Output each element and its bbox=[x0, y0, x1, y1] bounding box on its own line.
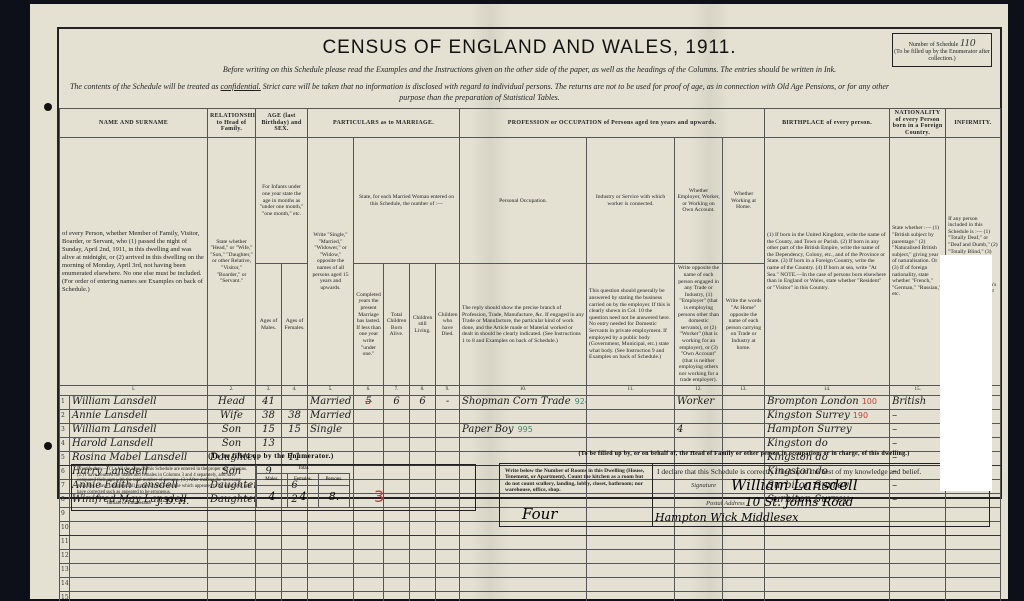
redacted-block bbox=[940, 255, 992, 491]
cell-n: 10 bbox=[60, 521, 70, 535]
col-name-desc: of every Person, whether Member of Famil… bbox=[60, 138, 208, 386]
cell-nat: – bbox=[890, 409, 946, 423]
col-age-females: Ages of Females. bbox=[282, 264, 308, 386]
cell-male bbox=[256, 563, 282, 577]
table-row: 4Harold LansdellSon13Kingston do– bbox=[60, 437, 1001, 451]
column-number-row: 1. 2. 3. 4. 5. 6. 7. 8. 9. 10. 11. 12. 1… bbox=[60, 386, 1001, 396]
col-personal-occupation: Personal Occupation. bbox=[460, 138, 587, 264]
cell-n: 12 bbox=[60, 549, 70, 563]
cell-nat bbox=[890, 549, 946, 563]
col-industry: Industry or Service with which worker is… bbox=[587, 138, 675, 264]
cell-birth bbox=[765, 549, 890, 563]
cell-marr bbox=[308, 437, 354, 451]
col-marriage-state: State, for each Married Woman entered on… bbox=[354, 138, 460, 264]
table-row: 2Annie LansdellWife3838Married 15Kingsto… bbox=[60, 409, 1001, 423]
enumerator-initials: Initials of EnumeratorJ. D. H. bbox=[107, 497, 189, 507]
cell-living bbox=[410, 423, 436, 437]
cell-home bbox=[723, 549, 765, 563]
confidentiality-notice: The contents of the Schedule will be tre… bbox=[69, 81, 890, 103]
cell-ind bbox=[587, 423, 675, 437]
cell-female bbox=[282, 563, 308, 577]
cell-n: 15 bbox=[60, 591, 70, 601]
cell-female bbox=[282, 535, 308, 549]
birthplace-code: 100 bbox=[862, 397, 877, 406]
cell-ind bbox=[587, 549, 675, 563]
cell-ind bbox=[587, 577, 675, 591]
col-age-title: AGE (last Birthday) and SEX. bbox=[256, 109, 308, 138]
header-row-1: NAME AND SURNAME RELATIONSHIP to Head of… bbox=[60, 109, 1001, 138]
form-title: CENSUS OF ENGLAND AND WALES, 1911. bbox=[59, 37, 1000, 59]
cell-birth bbox=[765, 563, 890, 577]
col-age-males: Ages of Males. bbox=[256, 264, 282, 386]
table-row: 15 bbox=[60, 591, 1001, 601]
cell-total bbox=[384, 437, 410, 451]
postal-address-line1: 10 St. Johns Road bbox=[745, 495, 853, 509]
cell-home bbox=[723, 563, 765, 577]
cell-name bbox=[70, 591, 208, 601]
col-employer-desc: Write opposite the name of each person e… bbox=[675, 264, 723, 386]
cell-total: 6 bbox=[384, 395, 410, 409]
punch-hole bbox=[44, 103, 52, 111]
cell-name bbox=[70, 577, 208, 591]
cell-home bbox=[723, 423, 765, 437]
birthplace-code: 190 bbox=[853, 411, 868, 420]
col-personal-occupation-desc: The reply should show the precise branch… bbox=[460, 264, 587, 386]
cell-emp bbox=[675, 409, 723, 423]
cell-died bbox=[436, 563, 460, 577]
signature: William Lansdell bbox=[731, 476, 858, 494]
cell-emp bbox=[675, 535, 723, 549]
cell-male: 15 bbox=[256, 423, 282, 437]
cell-home bbox=[723, 395, 765, 409]
cell-total bbox=[384, 591, 410, 601]
cell-total bbox=[384, 549, 410, 563]
cell-name bbox=[70, 521, 208, 535]
census-table: NAME AND SURNAME RELATIONSHIP to Head of… bbox=[59, 108, 1001, 601]
schedule-number-box: Number of Schedule 110 (To be filled up … bbox=[892, 33, 992, 67]
cell-years bbox=[354, 423, 384, 437]
cell-male: 41 bbox=[256, 395, 282, 409]
cell-birth: Kingston do bbox=[765, 437, 890, 451]
cell-occ bbox=[460, 591, 587, 601]
cell-birth: Kingston Surrey190 bbox=[765, 409, 890, 423]
cell-marr bbox=[308, 521, 354, 535]
cell-years bbox=[354, 549, 384, 563]
cell-name bbox=[70, 535, 208, 549]
cell-living: 6 bbox=[410, 395, 436, 409]
cell-n: 14 bbox=[60, 577, 70, 591]
cell-inf bbox=[946, 563, 1001, 577]
cell-died bbox=[436, 423, 460, 437]
col-birthplace-desc: (1) If born in the United Kingdom, write… bbox=[765, 138, 890, 386]
cell-n: 4 bbox=[60, 437, 70, 451]
cell-total bbox=[384, 409, 410, 423]
postal-address-line2: Hampton Wick Middlesex bbox=[655, 511, 798, 524]
cell-rel bbox=[208, 591, 256, 601]
cell-years bbox=[354, 591, 384, 601]
cell-occ bbox=[460, 577, 587, 591]
cell-male bbox=[256, 549, 282, 563]
cell-died bbox=[436, 577, 460, 591]
col-infirmity-title: INFIRMITY. bbox=[946, 109, 1001, 138]
cell-marr bbox=[308, 535, 354, 549]
total-females: 4 bbox=[288, 486, 319, 508]
cell-n: 11 bbox=[60, 535, 70, 549]
cell-male bbox=[256, 535, 282, 549]
cell-occ: Shopman Corn Trade924 bbox=[460, 395, 587, 409]
cell-inf bbox=[946, 549, 1001, 563]
cell-total bbox=[384, 521, 410, 535]
cell-years: 5 bbox=[354, 395, 384, 409]
col-children-total: Total Children Born Alive. bbox=[384, 264, 410, 386]
header-row-2: of every Person, whether Member of Famil… bbox=[60, 138, 1001, 264]
cell-female bbox=[282, 521, 308, 535]
cell-rel bbox=[208, 577, 256, 591]
cell-name: Annie Lansdell bbox=[70, 409, 208, 423]
cell-birth bbox=[765, 591, 890, 601]
cell-inf bbox=[946, 591, 1001, 601]
cell-name: William Lansdell bbox=[70, 395, 208, 409]
cell-living bbox=[410, 549, 436, 563]
cell-n: 3 bbox=[60, 423, 70, 437]
cell-birth bbox=[765, 577, 890, 591]
cell-home bbox=[723, 577, 765, 591]
cell-marr: Married 15 bbox=[308, 409, 354, 423]
cell-marr bbox=[308, 591, 354, 601]
cell-ind bbox=[587, 563, 675, 577]
cell-occ bbox=[460, 535, 587, 549]
cell-nat: – bbox=[890, 437, 946, 451]
cell-total bbox=[384, 577, 410, 591]
rooms-box: Write below the Number of Rooms in this … bbox=[499, 463, 653, 527]
col-employer: Whether Employer, Worker, or Working on … bbox=[675, 138, 723, 264]
cell-nat bbox=[890, 577, 946, 591]
cell-marr bbox=[308, 549, 354, 563]
table-row: 12 bbox=[60, 549, 1001, 563]
cell-ind bbox=[587, 535, 675, 549]
cell-living bbox=[410, 535, 436, 549]
cell-occ bbox=[460, 409, 587, 423]
cell-name bbox=[70, 563, 208, 577]
cell-rel: Son bbox=[208, 437, 256, 451]
col-industry-desc: This question should generally be answer… bbox=[587, 264, 675, 386]
cell-marr bbox=[308, 577, 354, 591]
cell-occ bbox=[460, 549, 587, 563]
cell-male: 38 bbox=[256, 409, 282, 423]
punch-hole bbox=[44, 442, 52, 450]
cell-living bbox=[410, 563, 436, 577]
cell-occ bbox=[460, 437, 587, 451]
cell-ind bbox=[587, 395, 675, 409]
cell-male bbox=[256, 577, 282, 591]
cell-died bbox=[436, 437, 460, 451]
totals-table: Total. Males. Females. Persons. 4 4 8. bbox=[256, 465, 350, 508]
cell-years bbox=[354, 521, 384, 535]
col-age-desc: For Infants under one year state the age… bbox=[256, 138, 308, 264]
cell-marr: Married bbox=[308, 395, 354, 409]
col-children-died: Children who have Died. bbox=[436, 264, 460, 386]
cell-birth bbox=[765, 535, 890, 549]
total-persons: 8. bbox=[319, 486, 350, 508]
cell-ind bbox=[587, 591, 675, 601]
cell-living bbox=[410, 577, 436, 591]
cell-died bbox=[436, 549, 460, 563]
head-of-family-section: (To be filled up by, or on behalf of, th… bbox=[489, 451, 999, 457]
cell-ind bbox=[587, 409, 675, 423]
cell-home bbox=[723, 591, 765, 601]
table-row: 3William LansdellSon1515SinglePaper Boy9… bbox=[60, 423, 1001, 437]
cell-living bbox=[410, 521, 436, 535]
cell-nat: – bbox=[890, 423, 946, 437]
col-nationality-desc: State whether :— (1) "British subject by… bbox=[890, 138, 946, 386]
occupation-code: 995 bbox=[518, 425, 533, 434]
cell-emp: 4 bbox=[675, 423, 723, 437]
col-birthplace-title: BIRTHPLACE of every person. bbox=[765, 109, 890, 138]
cell-years bbox=[354, 437, 384, 451]
cell-name: Harold Lansdell bbox=[70, 437, 208, 451]
cell-emp bbox=[675, 437, 723, 451]
rooms-count: Four bbox=[522, 505, 557, 523]
cell-n: 13 bbox=[60, 563, 70, 577]
enumerator-section: (To be filled up by the Enumerator.) I c… bbox=[66, 452, 476, 511]
cell-rel bbox=[208, 535, 256, 549]
cell-marr bbox=[308, 563, 354, 577]
cell-nat bbox=[890, 535, 946, 549]
census-form: CENSUS OF ENGLAND AND WALES, 1911. Befor… bbox=[57, 27, 1002, 499]
table-row: 1William LansdellHead41Married566-Shopma… bbox=[60, 395, 1001, 409]
cell-inf bbox=[946, 577, 1001, 591]
cell-died bbox=[436, 409, 460, 423]
cell-rel bbox=[208, 521, 256, 535]
col-marriage-years: Completed years the present Marriage has… bbox=[354, 264, 384, 386]
col-nationality-title: NATIONALITY of every Person born in a Fo… bbox=[890, 109, 946, 138]
cell-birth: Brompton London100 bbox=[765, 395, 890, 409]
cell-emp bbox=[675, 549, 723, 563]
cell-inf bbox=[946, 535, 1001, 549]
form-subtitle: Before writing on this Schedule please r… bbox=[59, 65, 1000, 74]
cell-marr: Single bbox=[308, 423, 354, 437]
cell-total bbox=[384, 563, 410, 577]
enumerator-certificate-box: I certify that :— (1.) All the ages on t… bbox=[71, 464, 476, 511]
cell-years bbox=[354, 535, 384, 549]
cell-years bbox=[354, 409, 384, 423]
cell-female bbox=[282, 395, 308, 409]
cell-emp: Worker bbox=[675, 395, 723, 409]
cell-living bbox=[410, 591, 436, 601]
cell-female bbox=[282, 437, 308, 451]
cell-name bbox=[70, 549, 208, 563]
cell-rel bbox=[208, 563, 256, 577]
cell-died: - bbox=[436, 395, 460, 409]
cell-name: William Lansdell bbox=[70, 423, 208, 437]
col-home: Whether Working at Home. bbox=[723, 138, 765, 264]
cell-ind bbox=[587, 437, 675, 451]
cell-total bbox=[384, 535, 410, 549]
col-marriage-write: Write "Single," "Married," "Widower," or… bbox=[308, 138, 354, 386]
cell-birth: Hampton Surrey bbox=[765, 423, 890, 437]
schedule-number: 110 bbox=[960, 37, 976, 49]
cell-occ: Paper Boy995 bbox=[460, 423, 587, 437]
cell-nat bbox=[890, 591, 946, 601]
col-home-desc: Write the words "At Home" opposite the n… bbox=[723, 264, 765, 386]
cell-total bbox=[384, 423, 410, 437]
cell-emp bbox=[675, 591, 723, 601]
cell-living bbox=[410, 409, 436, 423]
cell-male bbox=[256, 521, 282, 535]
cell-home bbox=[723, 437, 765, 451]
col-occupation-title: PROFESSION or OCCUPATION of Persons aged… bbox=[460, 109, 765, 138]
cell-rel bbox=[208, 549, 256, 563]
col-name-title: NAME AND SURNAME bbox=[60, 109, 208, 138]
occupation-code: 924 bbox=[575, 397, 587, 406]
cell-female bbox=[282, 577, 308, 591]
cell-nat: British bbox=[890, 395, 946, 409]
cell-years bbox=[354, 577, 384, 591]
cell-living bbox=[410, 437, 436, 451]
col-relationship-desc: State whether "Head," or "Wife," "Son," … bbox=[208, 138, 256, 386]
cell-died bbox=[436, 591, 460, 601]
col-marriage-title: PARTICULARS as to MARRIAGE. bbox=[308, 109, 460, 138]
cell-died bbox=[436, 521, 460, 535]
cell-occ bbox=[460, 563, 587, 577]
red-annotation: 3 bbox=[374, 487, 384, 506]
cell-female bbox=[282, 549, 308, 563]
cell-n: 1 bbox=[60, 395, 70, 409]
cell-emp bbox=[675, 577, 723, 591]
cell-years bbox=[354, 563, 384, 577]
cell-home bbox=[723, 409, 765, 423]
cell-male: 13 bbox=[256, 437, 282, 451]
cell-female: 38 bbox=[282, 409, 308, 423]
cell-rel: Head bbox=[208, 395, 256, 409]
cell-rel: Son bbox=[208, 423, 256, 437]
cell-home bbox=[723, 535, 765, 549]
total-males: 4 bbox=[257, 486, 288, 508]
cell-rel: Wife bbox=[208, 409, 256, 423]
col-children-living: Children still Living. bbox=[410, 264, 436, 386]
cell-female bbox=[282, 591, 308, 601]
table-row: 13 bbox=[60, 563, 1001, 577]
enumerator-certification: I certify that :— (1.) All the ages on t… bbox=[77, 467, 252, 496]
table-row: 11 bbox=[60, 535, 1001, 549]
col-relationship-title: RELATIONSHIP to Head of Family. bbox=[208, 109, 256, 138]
cell-female: 15 bbox=[282, 423, 308, 437]
table-row: 14 bbox=[60, 577, 1001, 591]
cell-n: 2 bbox=[60, 409, 70, 423]
cell-died bbox=[436, 535, 460, 549]
cell-nat bbox=[890, 563, 946, 577]
cell-male bbox=[256, 591, 282, 601]
cell-emp bbox=[675, 563, 723, 577]
